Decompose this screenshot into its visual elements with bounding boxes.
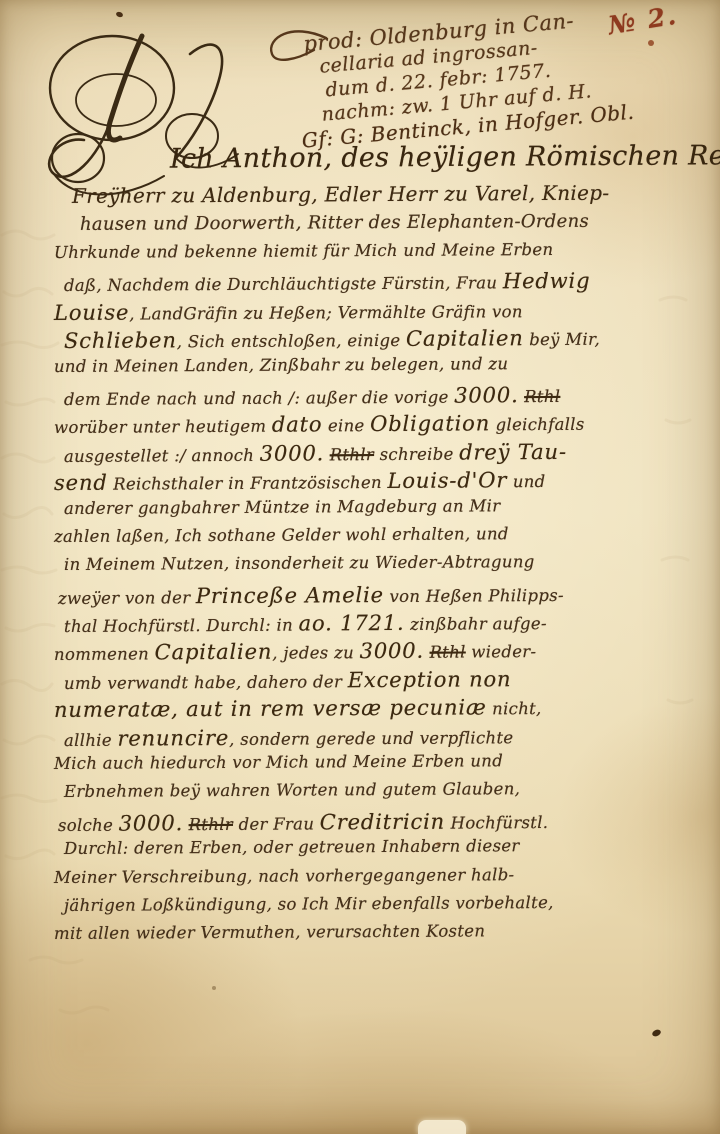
body-line: solche 3000. Rthlr der Frau Creditricin …: [58, 807, 704, 839]
body-line: jährigen Loßkündigung, so Ich Mir ebenfa…: [64, 892, 704, 924]
body-line: daß, Nachdem die Durchläuchtigste Fürsti…: [64, 267, 704, 299]
body-line: Mich auch hiedurch vor Mich und Meine Er…: [54, 750, 704, 782]
body-line: nommenen Capitalien, jedes zu 3000. Rthl…: [54, 636, 704, 668]
body-line: zahlen laßen, Ich sothane Gelder wohl er…: [54, 523, 704, 555]
body-line: Ich Anthon, des heÿligen Römischen Reich…: [170, 140, 704, 183]
body-line: Freÿherr zu Aldenburg, Edler Herr zu Var…: [72, 180, 704, 214]
body-line: numeratæ, aut in rem versæ pecuniæ nicht…: [54, 693, 704, 725]
ink-speck: [212, 986, 216, 990]
body-line: send Reichsthaler in Frantzösischen Loui…: [54, 466, 704, 498]
body-line: ausgestellet :/ annoch 3000. Rthlr schre…: [64, 438, 704, 470]
body-line: Louise, LandGräfin zu Heßen; Vermählte G…: [54, 296, 704, 328]
body-line: Schlieben, Sich entschloßen, einige Capi…: [64, 324, 704, 356]
body-line: Uhrkunde und bekenne hiemit für Mich und…: [54, 239, 704, 271]
manuscript-photo: prod: Oldenburg in Can-cellaria ad ingro…: [0, 0, 720, 1134]
body-line: umb verwandt habe, dahero der Exception …: [64, 665, 704, 697]
body-line: Durchl: deren Erben, oder getreuen Inhab…: [64, 835, 704, 867]
body-line: worüber unter heutigem dato eine Obligat…: [54, 409, 704, 441]
manuscript-body: Ich Anthon, des heÿligen Römischen Reich…: [54, 142, 704, 951]
rust-stain: [648, 40, 654, 46]
body-line: in Meinem Nutzen, insonderheit zu Wieder…: [64, 551, 704, 583]
body-line: Meiner Verschreibung, nach vorhergegange…: [54, 864, 704, 896]
ink-speck: [436, 842, 441, 846]
body-line: und in Meinen Landen, Zinßbahr zu belege…: [54, 353, 704, 385]
body-line: thal Hochfürstl. Durchl: in ao. 1721. zi…: [64, 608, 704, 640]
body-line: Erbnehmen beÿ wahren Worten und gutem Gl…: [64, 778, 704, 810]
body-line: anderer gangbahrer Müntze in Magdeburg a…: [64, 495, 704, 527]
body-line: dem Ende nach und nach /: außer die vori…: [64, 381, 704, 413]
body-line: zweÿer von der Princeße Amelie von Heßen…: [58, 580, 704, 612]
body-line: allhie renuncire, sondern gerede und ver…: [64, 722, 704, 754]
body-line: hausen und Doorwerth, Ritter des Elephan…: [80, 210, 704, 243]
body-line: mit allen wieder Vermuthen, verursachten…: [54, 920, 704, 952]
paper-chip: [418, 1120, 466, 1134]
